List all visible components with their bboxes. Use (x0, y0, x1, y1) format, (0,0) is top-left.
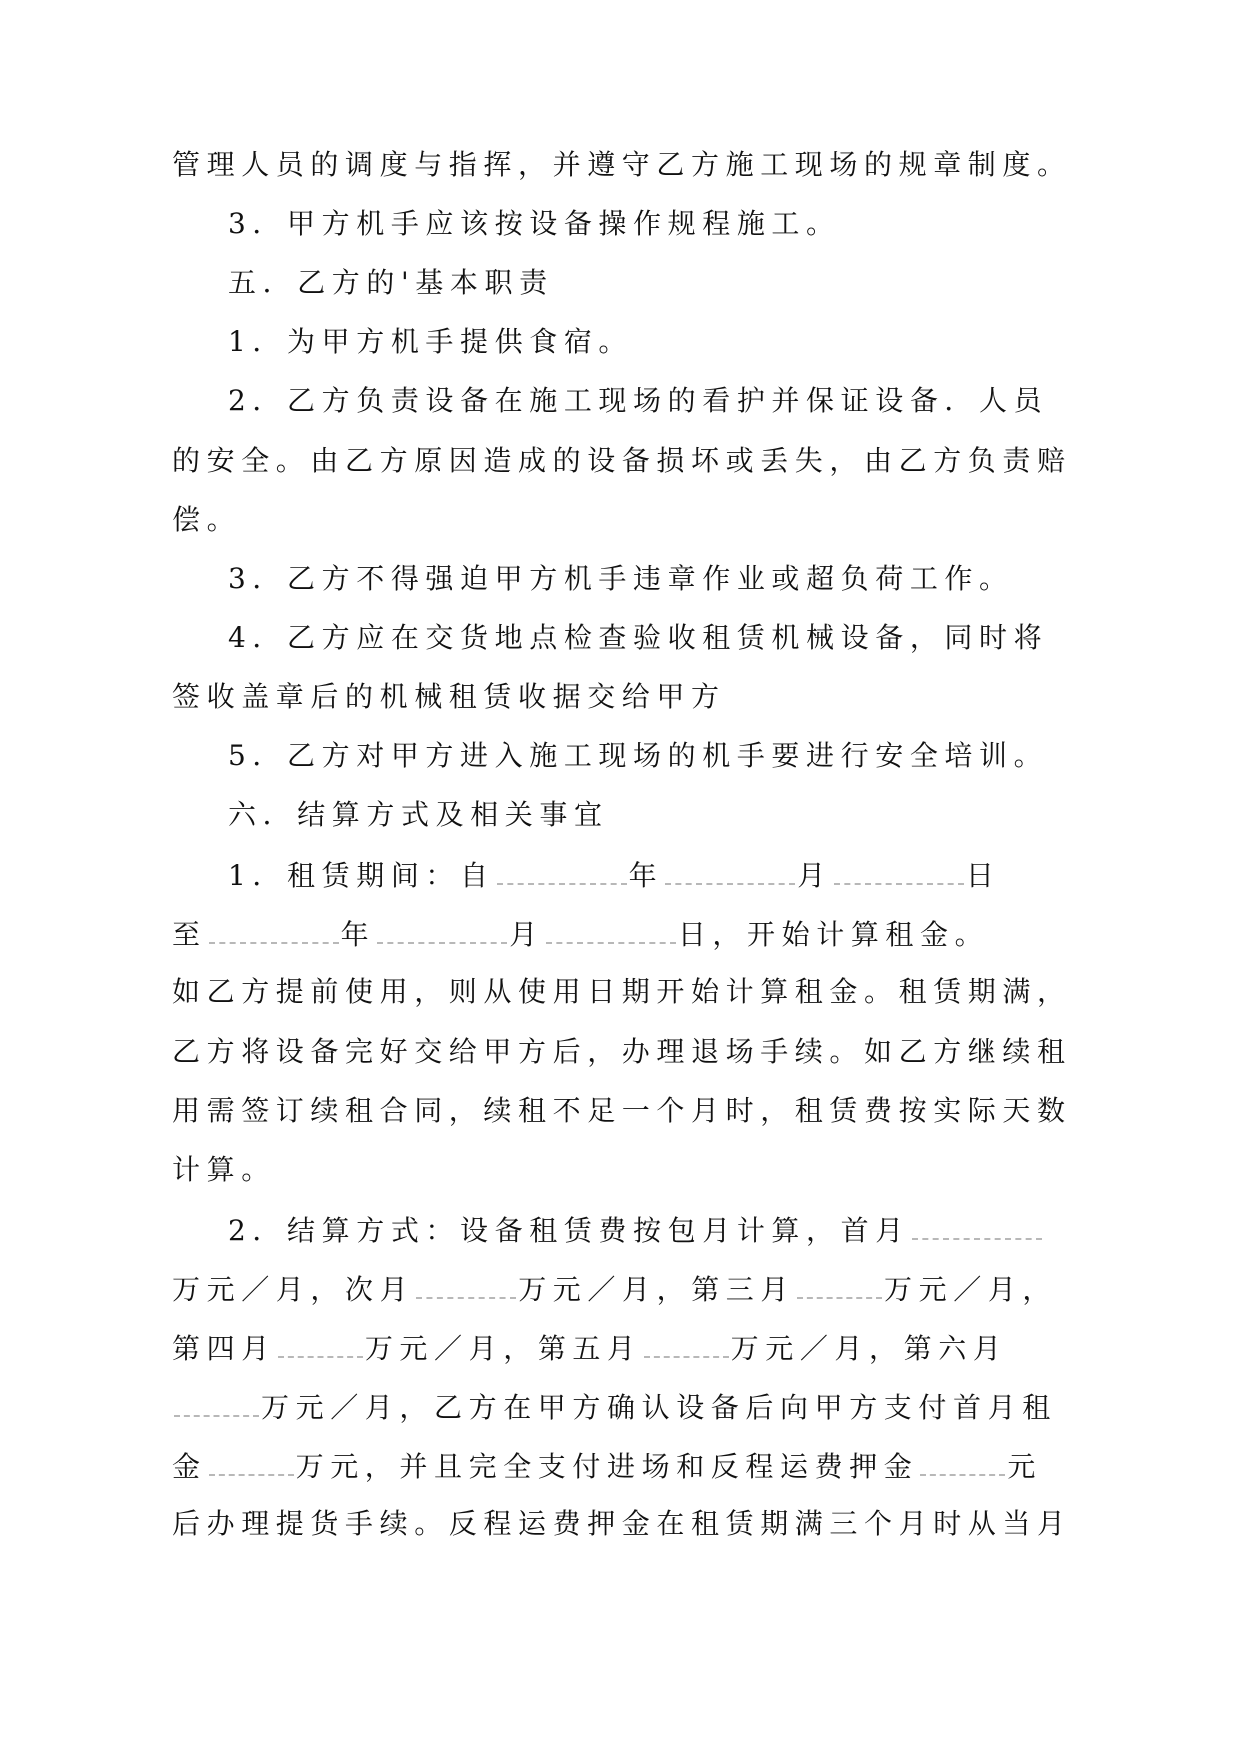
line-text: 金 (172, 1450, 207, 1483)
line-text: 后办理提货手续。反程运费押金在租赁期满三个月时从当月 (172, 1507, 1072, 1540)
fill-in-blank[interactable] (644, 1330, 729, 1358)
document-line: 计算。 (172, 1153, 276, 1187)
line-text: 万元／月，第五月 (365, 1332, 642, 1365)
fill-in-blank[interactable] (377, 916, 507, 944)
document-line: 乙方将设备完好交给甲方后，办理退场手续。如乙方继续租 (172, 1035, 1072, 1069)
document-line: 如乙方提前使用，则从使用日期开始计算租金。租赁期满， (172, 975, 1072, 1009)
line-text: 1．租赁期间：自 (228, 859, 495, 892)
document-line: 5．乙方对甲方进入施工现场的机手要进行安全培训。 (228, 739, 1048, 773)
fill-in-blank[interactable] (546, 916, 676, 944)
fill-in-blank[interactable] (797, 1271, 882, 1299)
line-text: 2．乙方负责设备在施工现场的看护并保证设备．人员 (228, 384, 1048, 417)
line-text: 如乙方提前使用，则从使用日期开始计算租金。租赁期满， (172, 975, 1072, 1008)
document-line: 至年月日，开始计算租金。 (172, 916, 989, 950)
line-text: 2．结算方式：设备租赁费按包月计算，首月 (228, 1214, 910, 1247)
fill-in-blank[interactable] (416, 1271, 516, 1299)
document-line: 五．乙方的'基本职责 (228, 266, 554, 300)
line-text: 月 (509, 918, 544, 951)
line-text: 年 (341, 918, 376, 951)
line-text: 年 (629, 859, 664, 892)
document-line: 万元／月，次月万元／月，第三月万元／月， (172, 1271, 1057, 1305)
line-text: 第四月 (172, 1332, 276, 1365)
fill-in-blank[interactable] (920, 1448, 1005, 1476)
fill-in-blank[interactable] (174, 1389, 259, 1417)
line-text: 万元／月，第三月 (518, 1273, 795, 1306)
document-line: 2．乙方负责设备在施工现场的看护并保证设备．人员 (228, 384, 1048, 418)
document-line: 3．甲方机手应该按设备操作规程施工。 (228, 207, 841, 241)
line-text: 日 (966, 859, 1001, 892)
line-text: 的安全。由乙方原因造成的设备损坏或丢失，由乙方负责赔 (172, 444, 1072, 477)
document-page: 管理人员的调度与指挥，并遵守乙方施工现场的规章制度。3．甲方机手应该按设备操作规… (0, 0, 1241, 1754)
document-line: 后办理提货手续。反程运费押金在租赁期满三个月时从当月 (172, 1507, 1072, 1541)
line-text: 计算。 (172, 1153, 276, 1186)
line-text: 3．乙方不得强迫甲方机手违章作业或超负荷工作。 (228, 562, 1014, 595)
document-line: 4．乙方应在交货地点检查验收租赁机械设备，同时将 (228, 621, 1048, 655)
line-text: 万元／月，次月 (172, 1273, 414, 1306)
line-text: 3．甲方机手应该按设备操作规程施工。 (228, 207, 841, 240)
document-line: 金万元，并且完全支付进场和反程运费押金元 (172, 1448, 1042, 1482)
line-text: 签收盖章后的机械租赁收据交给甲方 (172, 680, 726, 713)
document-line: 六．结算方式及相关事宜 (228, 798, 609, 832)
line-text: 元 (1007, 1450, 1042, 1483)
line-text: 5．乙方对甲方进入施工现场的机手要进行安全培训。 (228, 739, 1048, 772)
line-text: 管理人员的调度与指挥，并遵守乙方施工现场的规章制度。 (172, 148, 1072, 181)
line-text: 万元／月，乙方在甲方确认设备后向甲方支付首月租 (261, 1391, 1057, 1424)
document-line: 1．为甲方机手提供食宿。 (228, 325, 633, 359)
fill-in-blank[interactable] (209, 1448, 294, 1476)
line-text: 1．为甲方机手提供食宿。 (228, 325, 633, 358)
document-line: 2．结算方式：设备租赁费按包月计算，首月 (228, 1212, 1044, 1246)
fill-in-blank[interactable] (834, 857, 964, 885)
line-text: 月 (797, 859, 832, 892)
document-line: 的安全。由乙方原因造成的设备损坏或丢失，由乙方负责赔 (172, 444, 1072, 478)
line-text: 日，开始计算租金。 (678, 918, 989, 951)
line-text: 至 (172, 918, 207, 951)
fill-in-blank[interactable] (278, 1330, 363, 1358)
document-line: 偿。 (172, 503, 241, 537)
document-line: 万元／月，乙方在甲方确认设备后向甲方支付首月租 (172, 1389, 1057, 1423)
line-text: 万元／月，第六月 (731, 1332, 1008, 1365)
fill-in-blank[interactable] (912, 1212, 1042, 1240)
line-text: 乙方将设备完好交给甲方后，办理退场手续。如乙方继续租 (172, 1035, 1072, 1068)
line-text: 偿。 (172, 503, 241, 536)
document-line: 1．租赁期间：自年月日 (228, 857, 1000, 891)
line-text: 五．乙方的'基本职责 (228, 266, 554, 299)
fill-in-blank[interactable] (497, 857, 627, 885)
document-line: 3．乙方不得强迫甲方机手违章作业或超负荷工作。 (228, 562, 1014, 596)
line-text: 万元／月， (884, 1273, 1057, 1306)
document-line: 签收盖章后的机械租赁收据交给甲方 (172, 680, 726, 714)
document-line: 第四月万元／月，第五月万元／月，第六月 (172, 1330, 1007, 1364)
line-text: 4．乙方应在交货地点检查验收租赁机械设备，同时将 (228, 621, 1048, 654)
line-text: 万元，并且完全支付进场和反程运费押金 (296, 1450, 919, 1483)
fill-in-blank[interactable] (665, 857, 795, 885)
document-line: 管理人员的调度与指挥，并遵守乙方施工现场的规章制度。 (172, 148, 1072, 182)
line-text: 六．结算方式及相关事宜 (228, 798, 609, 831)
fill-in-blank[interactable] (209, 916, 339, 944)
line-text: 用需签订续租合同，续租不足一个月时，租赁费按实际天数 (172, 1094, 1072, 1127)
document-line: 用需签订续租合同，续租不足一个月时，租赁费按实际天数 (172, 1094, 1072, 1128)
